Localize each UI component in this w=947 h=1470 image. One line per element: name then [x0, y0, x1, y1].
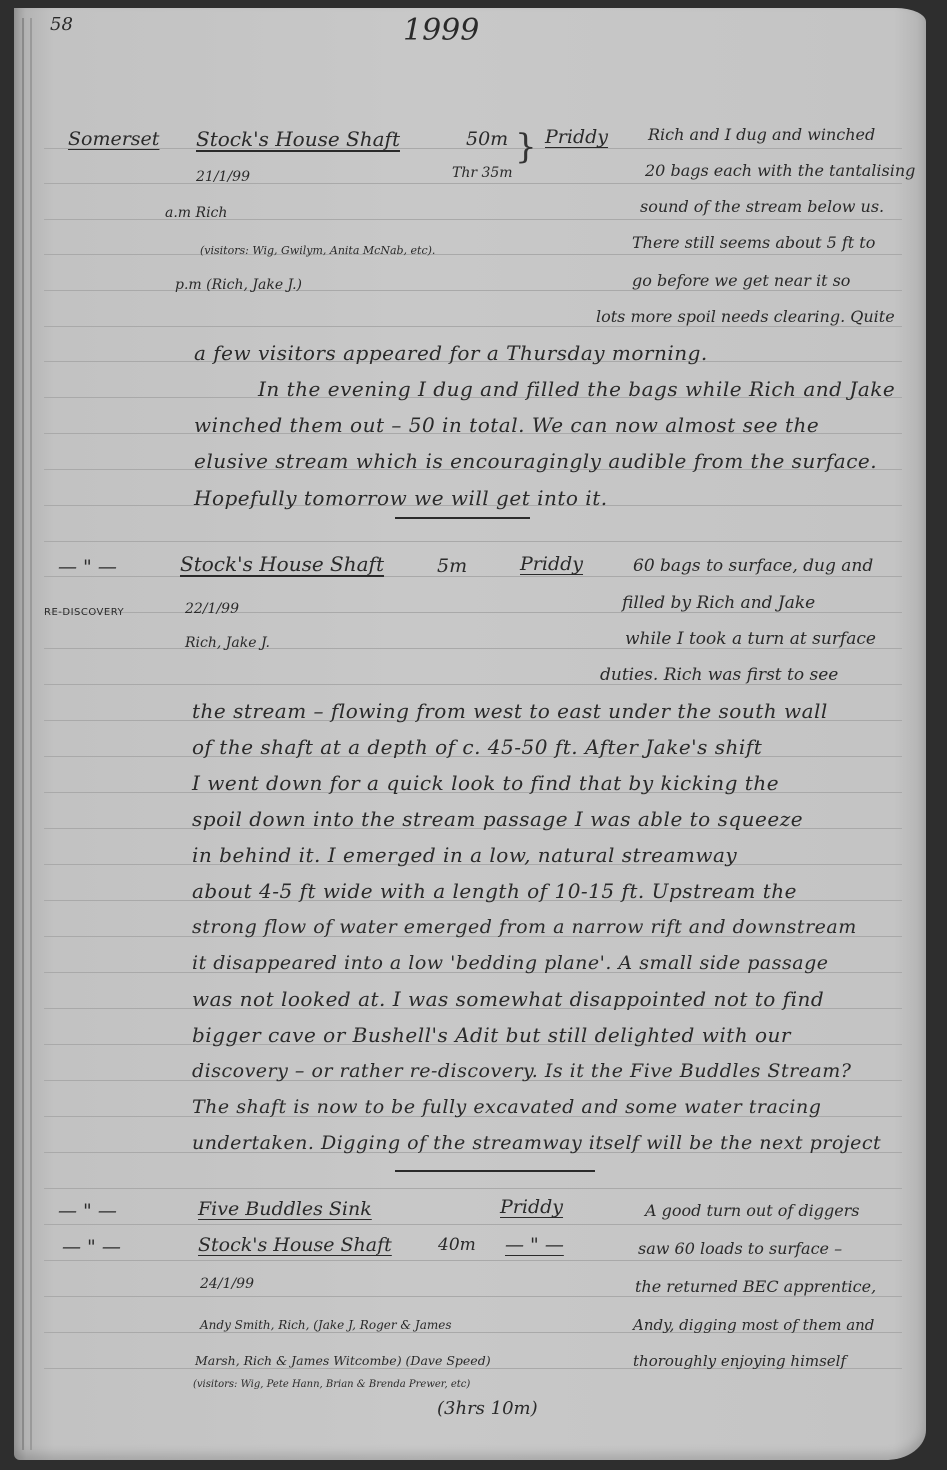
entry-region-ditto: — " — — [58, 556, 117, 578]
entry-site: Stock's House Shaft — [196, 128, 400, 150]
body-line: spoil down into the stream passage I was… — [192, 808, 803, 830]
entry-duration: (3hrs 10m) — [437, 1398, 538, 1420]
entry-team-line: Marsh, Rich & James Witcombe) (Dave Spee… — [195, 1350, 491, 1372]
entry-location: Priddy — [520, 553, 583, 575]
side-note-line: the returned BEC apprentice, — [635, 1276, 876, 1298]
entry-location-ditto: — " — — [505, 1234, 564, 1256]
entry-depth: 5m — [437, 555, 467, 577]
entry-team-pm: p.m (Rich, Jake J.) — [175, 274, 302, 296]
ruled-line — [44, 1260, 902, 1261]
underline-stroke — [395, 517, 530, 519]
body-line: Hopefully tomorrow we will get into it. — [194, 487, 608, 509]
underline-stroke — [395, 1170, 595, 1172]
body-line: was not looked at. I was somewhat disapp… — [192, 988, 824, 1010]
ruled-line — [44, 1224, 902, 1225]
entry-region-ditto: — " — — [62, 1236, 121, 1258]
entry-visitors: (visitors: Wig, Gwilym, Anita McNab, etc… — [200, 240, 435, 262]
body-line: about 4-5 ft wide with a length of 10-15… — [192, 880, 797, 902]
entry-location: Priddy — [545, 126, 608, 148]
body-line: elusive stream which is encouragingly au… — [194, 450, 877, 472]
entry-date: 22/1/99 — [185, 598, 239, 620]
side-note-line: lots more spoil needs clearing. Quite — [596, 306, 895, 328]
body-line: winched them out – 50 in total. We can n… — [194, 414, 819, 436]
body-line: in behind it. I emerged in a low, natura… — [192, 844, 737, 866]
entry-region-ditto: — " — — [58, 1200, 117, 1222]
side-note-line: Andy, digging most of them and — [633, 1314, 874, 1336]
body-line: bigger cave or Bushell's Adit but still … — [192, 1024, 791, 1046]
ruled-line — [44, 254, 902, 255]
entry-visitors: (visitors: Wig, Pete Hann, Brian & Brend… — [193, 1374, 470, 1396]
entry-depth: 40m — [438, 1234, 476, 1256]
page-number: 58 — [50, 14, 73, 36]
body-line: the stream – flowing from west to east u… — [192, 700, 828, 722]
side-note-line: while I took a turn at surface — [625, 628, 876, 650]
spine-line — [22, 18, 24, 1450]
ruled-line — [44, 541, 902, 542]
body-line: of the shaft at a depth of c. 45-50 ft. … — [192, 736, 762, 758]
spine-line — [30, 18, 32, 1450]
entry-team-am: a.m Rich — [165, 202, 227, 224]
body-line: a few visitors appeared for a Thursday m… — [194, 342, 708, 364]
side-note-line: There still seems about 5 ft to — [632, 232, 875, 254]
side-note-line: filled by Rich and Jake — [622, 592, 815, 614]
side-note-line: thoroughly enjoying himself — [633, 1350, 846, 1372]
entry-depth-secondary: Thr 35m — [452, 162, 513, 184]
brace-symbol: } — [515, 130, 537, 164]
side-note-line: go before we get near it so — [632, 270, 850, 292]
body-line: undertaken. Digging of the streamway its… — [192, 1132, 881, 1154]
side-note-line: A good turn out of diggers — [645, 1200, 860, 1222]
entry-site: Stock's House Shaft — [198, 1234, 392, 1256]
side-note-line: sound of the stream below us. — [640, 196, 884, 218]
entry-tag: RE-DISCOVERY — [44, 602, 124, 624]
side-note-line: 60 bags to surface, dug and — [633, 555, 873, 577]
side-note-line: 20 bags each with the tantalising — [645, 160, 915, 182]
body-line: strong flow of water emerged from a narr… — [192, 916, 857, 938]
entry-team: Rich, Jake J. — [185, 632, 270, 654]
side-note-line: saw 60 loads to surface – — [638, 1238, 842, 1260]
body-line: In the evening I dug and filled the bags… — [258, 378, 895, 400]
entry-region: Somerset — [68, 128, 159, 150]
side-note-line: Rich and I dug and winched — [648, 124, 875, 146]
entry-depth: 50m — [466, 128, 508, 150]
entry-team-line: Andy Smith, Rich, (Jake J, Roger & James — [200, 1314, 452, 1336]
body-line: The shaft is now to be fully excavated a… — [192, 1096, 821, 1118]
entry-location: Priddy — [500, 1196, 563, 1218]
entry-date: 21/1/99 — [196, 166, 250, 188]
entry-date: 24/1/99 — [200, 1273, 254, 1295]
entry-site: Five Buddles Sink — [198, 1198, 372, 1220]
entry-site: Stock's House Shaft — [180, 553, 384, 575]
page-year: 1999 — [403, 20, 479, 42]
body-line: discovery – or rather re-discovery. Is i… — [192, 1060, 851, 1082]
body-line: I went down for a quick look to find tha… — [192, 772, 779, 794]
ruled-line — [44, 1188, 902, 1189]
body-line: it disappeared into a low 'bedding plane… — [192, 952, 828, 974]
side-note-line: duties. Rich was first to see — [600, 664, 838, 686]
